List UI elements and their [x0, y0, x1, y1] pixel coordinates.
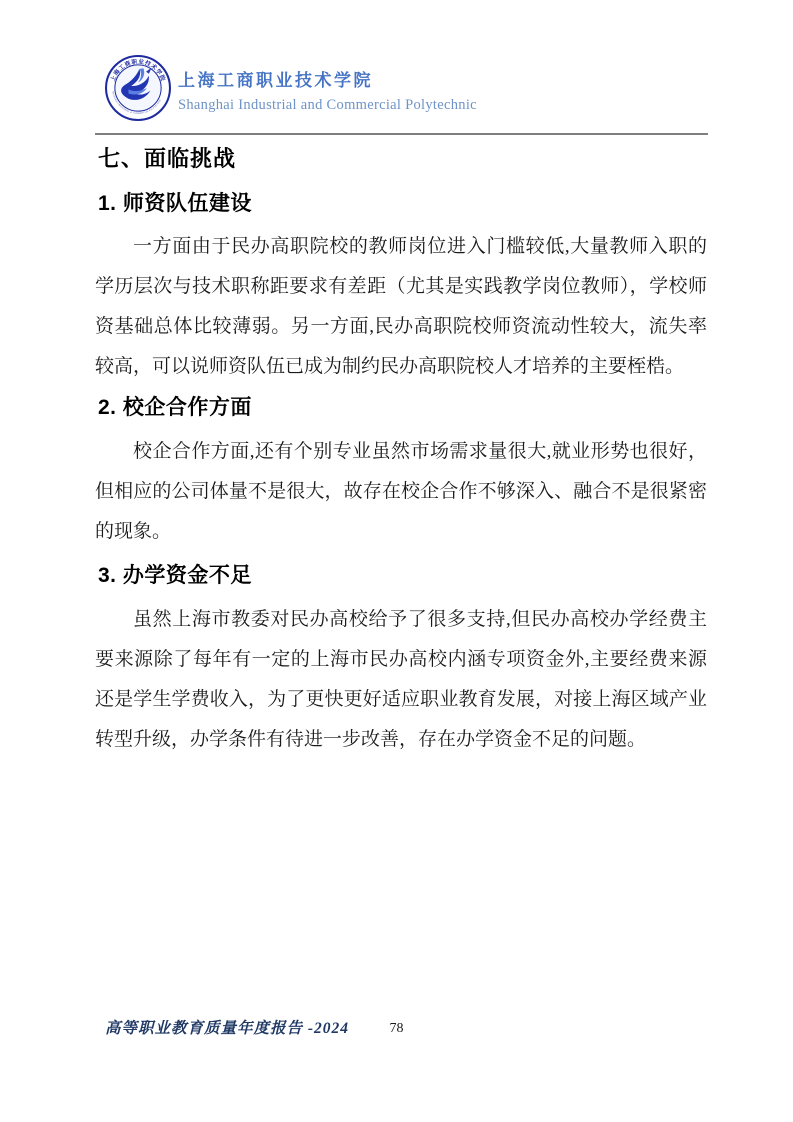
section-3-paragraph: 虽然上海市教委对民办高校给予了很多支持,但民办高校办学经费主 要来源除了每年有一…	[95, 600, 707, 760]
chapter-title: 七、面临挑战	[98, 144, 236, 174]
paragraph-line: 较高，可以说师资队伍已成为制约民办高职院校人才培养的主要桎梏。	[95, 347, 707, 387]
header-school-names: 上海工商职业技术学院 Shanghai Industrial and Comme…	[178, 70, 477, 115]
school-name-cn: 上海工商职业技术学院	[178, 70, 477, 92]
document-page: 上海工商职业技术学院 SHANGHAI INDUSTRIAL & COMMERC…	[0, 0, 793, 1122]
header-divider-line	[95, 133, 708, 135]
paragraph-line: 学历层次与技术职称距要求有差距（尤其是实践教学岗位教师），学校师	[95, 267, 707, 307]
paragraph-line: 虽然上海市教委对民办高校给予了很多支持,但民办高校办学经费主	[95, 600, 707, 640]
paragraph-line: 要来源除了每年有一定的上海市民办高校内涵专项资金外,主要经费来源	[95, 640, 707, 680]
footer-page-number: 78	[0, 1016, 793, 1042]
section-2-paragraph: 校企合作方面,还有个别专业虽然市场需求量很大,就业形势也很好， 但相应的公司体量…	[95, 432, 707, 552]
paragraph-line: 但相应的公司体量不是很大，故存在校企合作不够深入、融合不是很紧密	[95, 472, 707, 512]
paragraph-line: 资基础总体比较薄弱。另一方面,民办高职院校师资流动性较大，流失率	[95, 307, 707, 347]
section-heading-2: 2. 校企合作方面	[98, 394, 252, 422]
paragraph-line: 还是学生学费收入，为了更快更好适应职业教育发展，对接上海区域产业	[95, 680, 707, 720]
school-logo: 上海工商职业技术学院 SHANGHAI INDUSTRIAL & COMMERC…	[104, 53, 172, 123]
page-footer: 高等职业教育质量年度报告 -2024 78	[0, 1016, 793, 1046]
paragraph-line: 校企合作方面,还有个别专业虽然市场需求量很大,就业形势也很好，	[95, 432, 707, 472]
paragraph-line: 的现象。	[95, 512, 707, 552]
paragraph-line: 一方面由于民办高职院校的教师岗位进入门槛较低,大量教师入职的	[95, 227, 707, 267]
school-name-en: Shanghai Industrial and Commercial Polyt…	[178, 95, 477, 115]
section-heading-3: 3. 办学资金不足	[98, 562, 252, 590]
school-logo-emblem: 上海工商职业技术学院 SHANGHAI INDUSTRIAL & COMMERC…	[104, 53, 172, 123]
section-1-paragraph: 一方面由于民办高职院校的教师岗位进入门槛较低,大量教师入职的 学历层次与技术职称…	[95, 227, 707, 387]
section-heading-1: 1. 师资队伍建设	[98, 190, 252, 218]
paragraph-line: 转型升级，办学条件有待进一步改善，存在办学资金不足的问题。	[95, 720, 707, 760]
